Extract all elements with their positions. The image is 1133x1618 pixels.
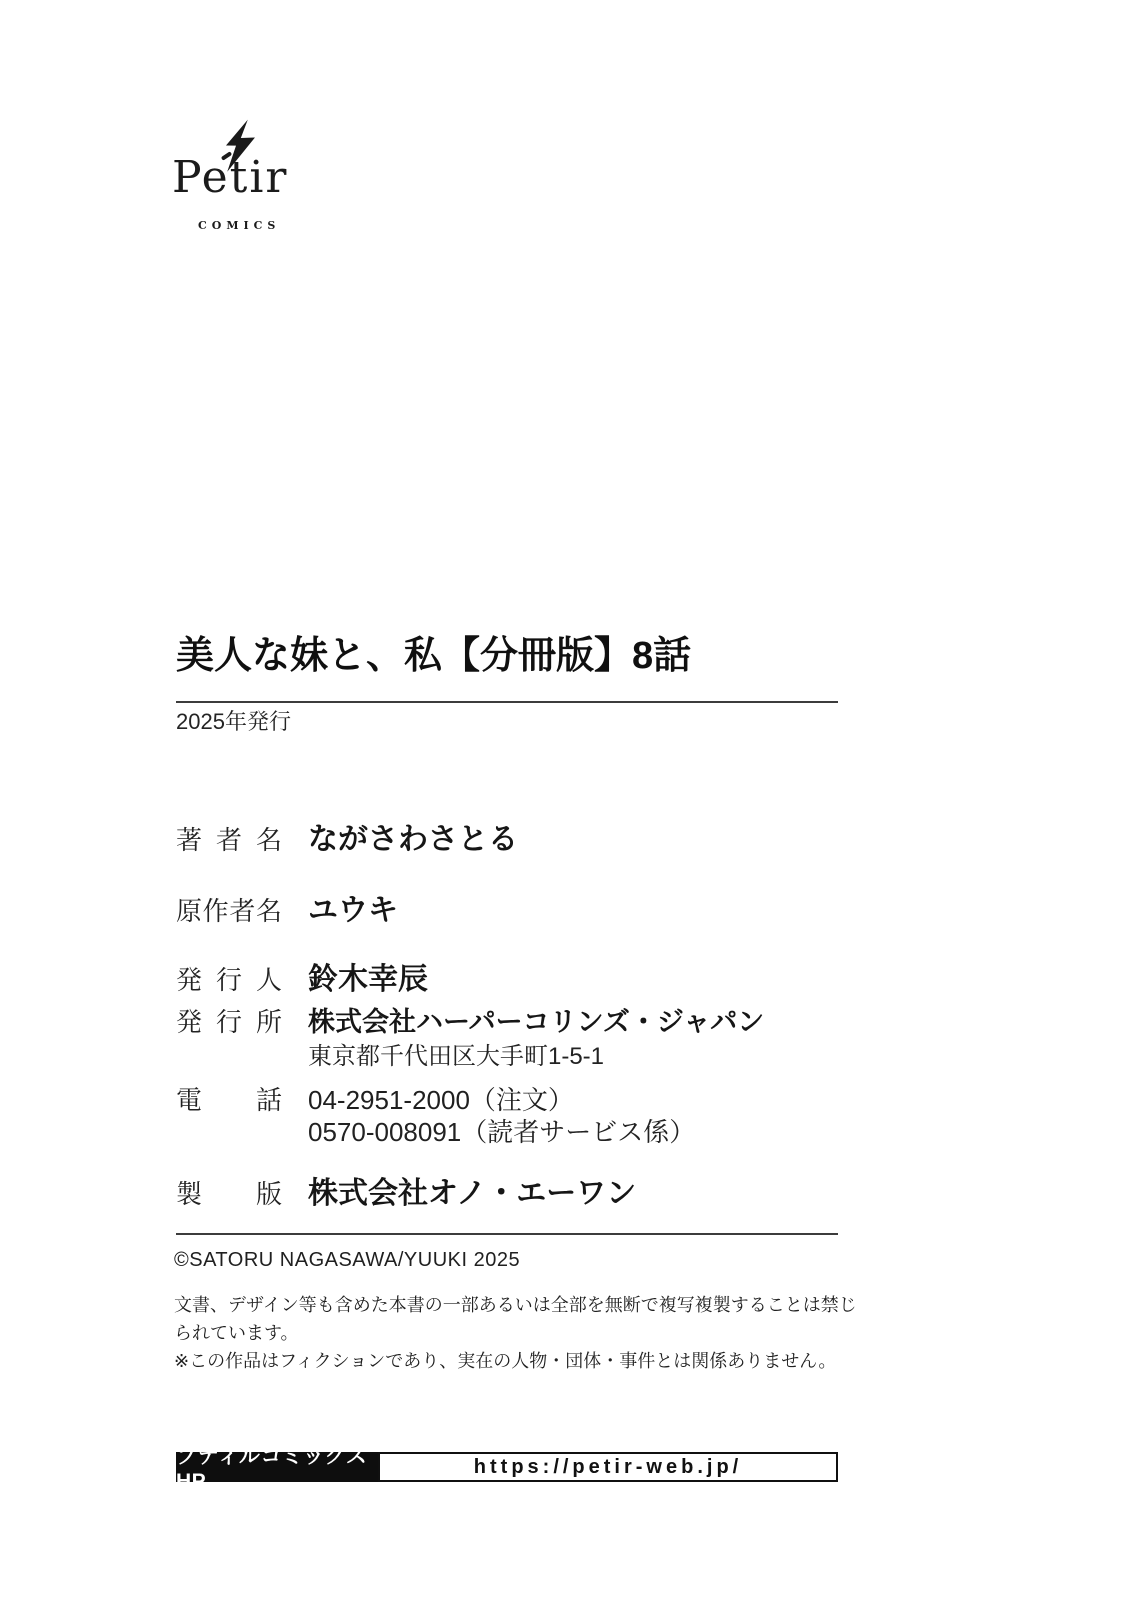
credit-label-plate-making: 製版: [176, 1176, 282, 1212]
reproduction-notice: 文書、デザイン等も含めた本書の一部あるいは全部を無断で複写複製することは禁じられ…: [174, 1291, 866, 1347]
credit-value-publisher-company: 株式会社ハーパーコリンズ・ジャパン: [308, 1004, 764, 1040]
publisher-address: 東京都千代田区大手町1-5-1: [308, 1042, 604, 1072]
credit-row-author: 著者名 ながさわさとる: [176, 822, 518, 858]
divider-top: [176, 701, 838, 703]
credit-label-phone: 電話: [176, 1082, 282, 1118]
book-title: 美人な妹と、私【分冊版】8話: [176, 633, 876, 681]
petir-logo: Petir comics: [170, 108, 370, 248]
homepage-url: https://petir-web.jp/: [378, 1452, 838, 1482]
credit-label-original-author: 原作者名: [176, 893, 282, 929]
credit-row-publisher-company: 発行所 株式会社ハーパーコリンズ・ジャパン: [176, 1004, 764, 1040]
credit-value-plate-making: 株式会社オノ・エーワン: [308, 1176, 636, 1212]
homepage-bar-label: プティルコミックスHP: [176, 1452, 378, 1482]
phone-number-reader-service: 0570-008091（読者サービス係）: [308, 1116, 695, 1148]
credit-value-author: ながさわさとる: [308, 822, 518, 858]
phone-number-order: 04-2951-2000（注文）: [308, 1082, 574, 1118]
credit-row-plate-making: 製版 株式会社オノ・エーワン: [176, 1176, 636, 1212]
edition-year: 2025年発行: [176, 708, 291, 737]
credit-label-publisher-company: 発行所: [176, 1004, 282, 1040]
credit-row-phone: 電話 04-2951-2000（注文）: [176, 1082, 574, 1118]
credit-row-publisher-person: 発行人 鈴木幸辰: [176, 962, 428, 998]
homepage-bar: プティルコミックスHP https://petir-web.jp/: [176, 1452, 838, 1482]
credit-value-publisher-person: 鈴木幸辰: [308, 962, 428, 998]
colophon-page: Petir comics 美人な妹と、私【分冊版】8話 2025年発行 著者名 …: [0, 0, 1133, 1618]
logo-wordmark: Petir: [172, 152, 288, 205]
fiction-notice: ※この作品はフィクションであり、実在の人物・団体・事件とは関係ありません。: [174, 1347, 866, 1375]
divider-bottom: [176, 1233, 838, 1235]
copyright-line: ©SATORU NAGASAWA/YUUKI 2025: [174, 1247, 520, 1273]
credit-label-publisher-person: 発行人: [176, 962, 282, 998]
logo-subtitle: comics: [198, 214, 280, 233]
credit-label-author: 著者名: [176, 822, 282, 858]
credit-row-original-author: 原作者名 ユウキ: [176, 893, 398, 929]
credit-value-original-author: ユウキ: [308, 893, 398, 929]
legal-notices: 文書、デザイン等も含めた本書の一部あるいは全部を無断で複写複製することは禁じられ…: [174, 1291, 866, 1375]
